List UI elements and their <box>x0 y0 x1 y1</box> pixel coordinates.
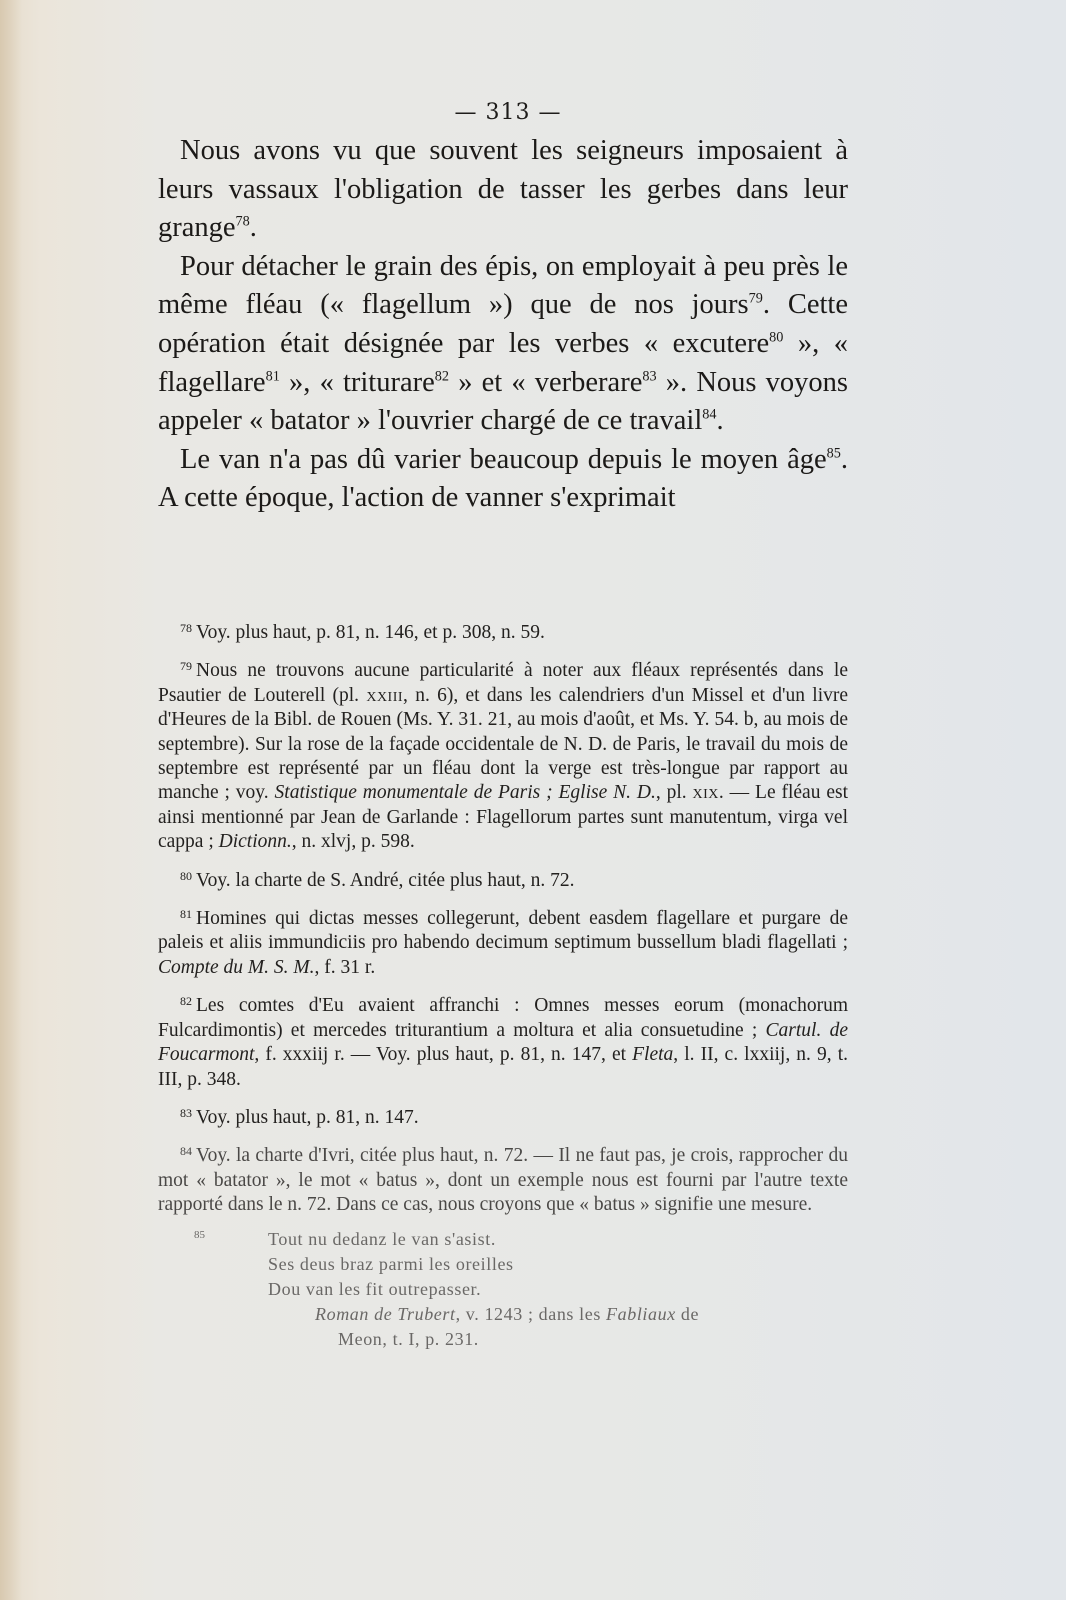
footnote-84: 84Voy. la charte d'Ivri, citée plus haut… <box>158 1139 848 1217</box>
footnote-83: 83Voy. plus haut, p. 81, n. 147. <box>158 1101 848 1130</box>
page-number: — 313 — <box>0 100 1066 125</box>
footnote-ref-80[interactable]: 80 <box>769 329 783 345</box>
paragraph-3: Le van n'a pas dû varier beaucoup depuis… <box>158 441 848 518</box>
verse-line: Tout nu dedanz le van s'asist. <box>268 1227 848 1252</box>
footnote-82: 82Les comtes d'Eu avaient affranchi : Om… <box>158 989 848 1092</box>
footnote-ref-85[interactable]: 85 <box>827 445 841 461</box>
paragraph-2: Pour détacher le grain des épis, on empl… <box>158 248 848 441</box>
footnotes: 78Voy. plus haut, p. 81, n. 146, et p. 3… <box>158 616 848 1352</box>
footnote-78: 78Voy. plus haut, p. 81, n. 146, et p. 3… <box>158 616 848 645</box>
page-gutter-shadow <box>0 0 22 1600</box>
verse-line: Dou van les fit outrepasser. <box>268 1277 848 1302</box>
footnote-ref-84[interactable]: 84 <box>702 407 716 423</box>
footnote-85: 85 Tout nu dedanz le van s'asist. Ses de… <box>158 1227 848 1352</box>
footnote-ref-79[interactable]: 79 <box>749 291 763 307</box>
main-text: Nous avons vu que souvent les seigneurs … <box>158 132 848 518</box>
footnote-ref-82[interactable]: 82 <box>435 368 449 384</box>
verse-line: Ses deus braz parmi les oreilles <box>268 1252 848 1277</box>
verse-source-continued: Meon, t. I, p. 231. <box>338 1327 848 1352</box>
book-page: — 313 — Nous avons vu que souvent les se… <box>0 0 1066 1600</box>
paragraph-1: Nous avons vu que souvent les seigneurs … <box>158 132 848 248</box>
footnote-80: 80Voy. la charte de S. André, citée plus… <box>158 864 848 893</box>
verse-quotation: Tout nu dedanz le van s'asist. Ses deus … <box>268 1227 848 1302</box>
verse-source: Roman de Trubert, v. 1243 ; dans les Fab… <box>315 1302 848 1327</box>
footnote-81: 81Homines qui dictas messes collegerunt,… <box>158 902 848 980</box>
footnote-ref-78[interactable]: 78 <box>236 214 250 230</box>
footnote-ref-83[interactable]: 83 <box>642 368 656 384</box>
footnote-ref-81[interactable]: 81 <box>266 368 280 384</box>
footnote-79: 79Nous ne trouvons aucune particularité … <box>158 654 848 854</box>
